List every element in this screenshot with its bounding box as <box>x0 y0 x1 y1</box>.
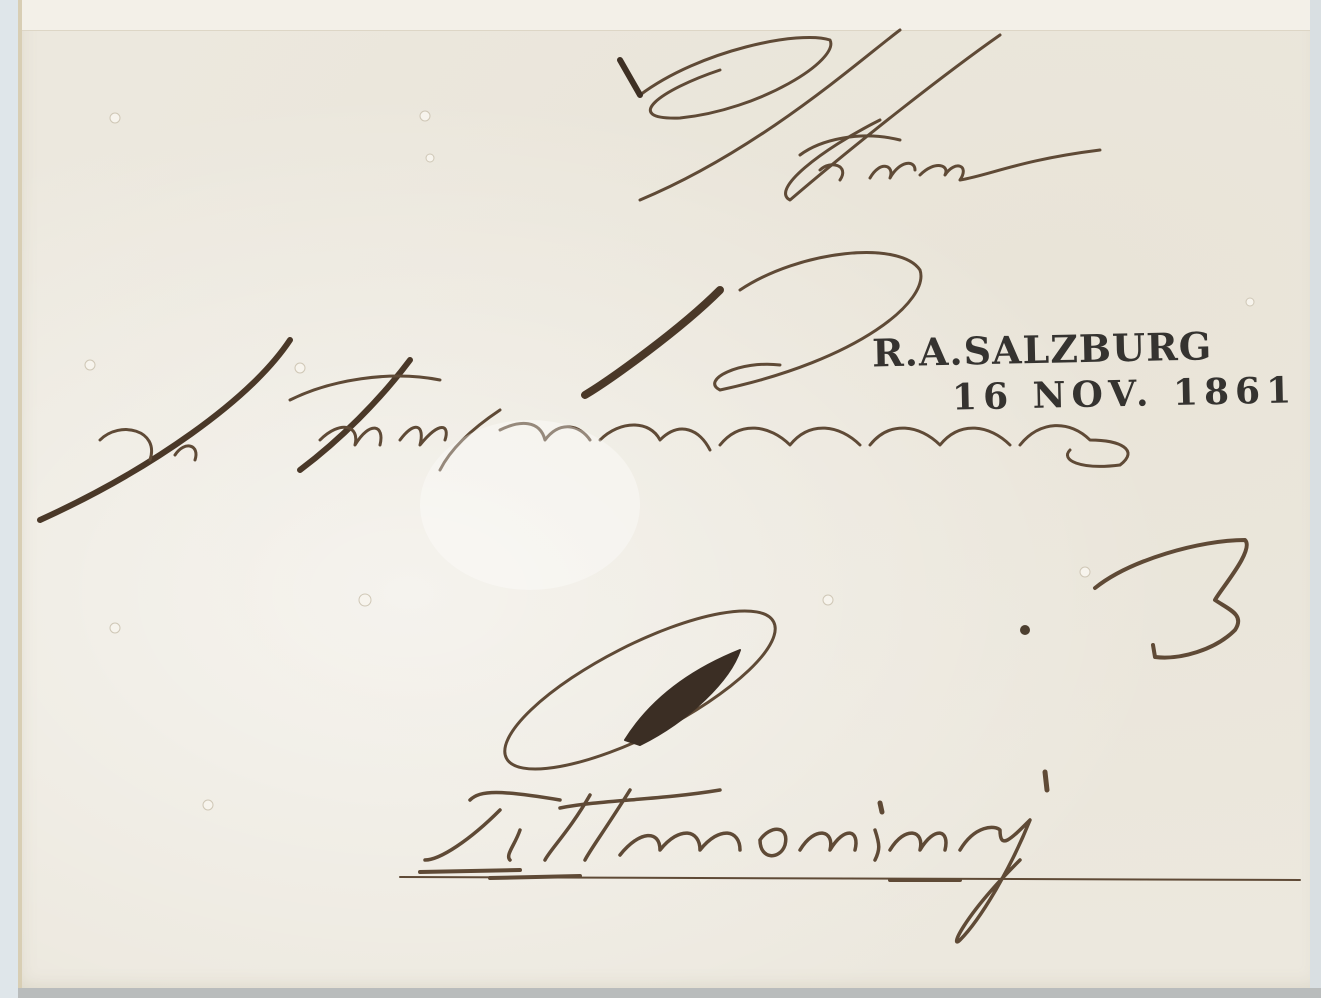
handwritten-ink <box>0 0 1321 998</box>
seal-impression <box>420 420 640 590</box>
handwriting-in-flourish <box>486 582 794 798</box>
handwriting-herrn <box>620 30 1100 200</box>
rate-numeral-1 <box>585 253 921 395</box>
ink-spot <box>1020 625 1030 635</box>
postmark-date: 16 NOV. 1861 <box>952 372 1298 415</box>
postmark: R.A.SALZBURG 16 NOV. 1861 <box>872 330 1297 412</box>
handwriting-destination <box>400 772 1300 942</box>
postmark-town: R.A.SALZBURG <box>872 326 1298 373</box>
rate-numeral-3 <box>1095 540 1247 658</box>
